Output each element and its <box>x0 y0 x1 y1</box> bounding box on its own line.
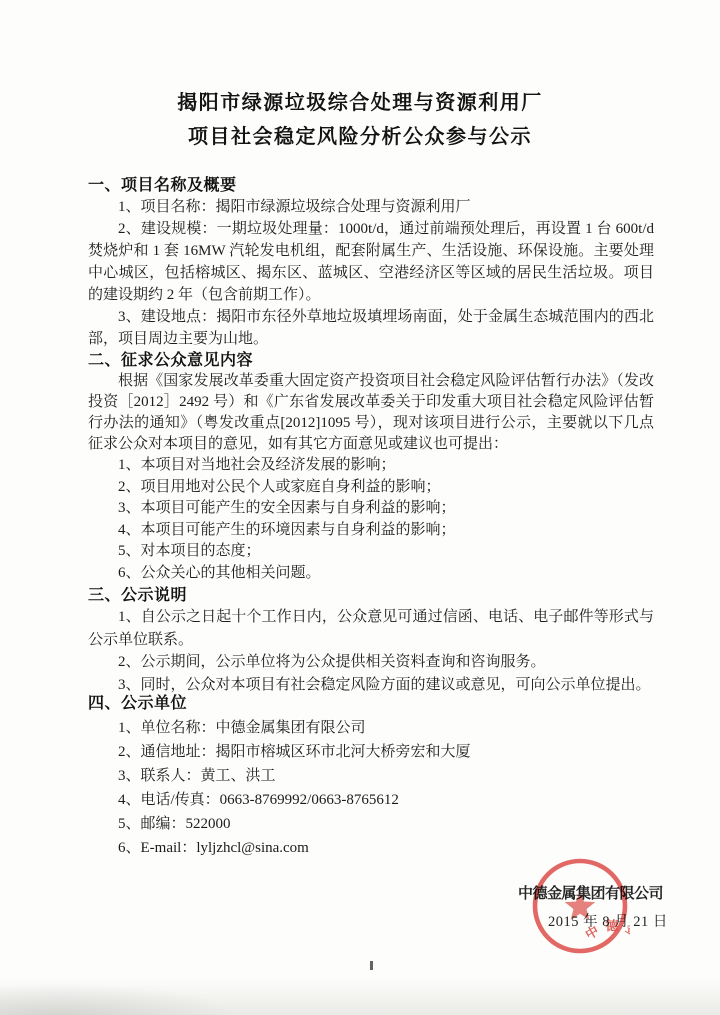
section-heading: 四、公示单位 <box>88 694 654 713</box>
document-title: 揭阳市绿源垃圾综合处理与资源利用厂 项目社会稳定风险分析公众参与公示 <box>0 86 720 154</box>
unit-address: 2、通信地址：揭阳市榕城区环市北河大桥旁宏和大厦 <box>88 740 654 764</box>
paragraph-project-name: 1、项目名称：揭阳市绿源垃圾综合处理与资源利用厂 <box>88 196 654 218</box>
scan-bottom-shadow <box>0 978 720 1015</box>
instruction-item: 2、公示期间，公示单位将为公众提供相关资料查询和咨询服务。 <box>88 651 654 674</box>
title-line-2: 项目社会稳定风险分析公众参与公示 <box>0 120 720 154</box>
opinion-item: 2、项目用地对公民个人或家庭自身利益的影响； <box>88 477 654 499</box>
instruction-item: 3、同时，公众对本项目有社会稳定风险方面的建议或意见，可向公示单位提出。 <box>88 674 654 697</box>
scan-artifact-dash <box>370 961 373 970</box>
opinion-item: 4、本项目可能产生的环境因素与自身利益的影响； <box>88 520 654 542</box>
section-heading: 二、征求公众意见内容 <box>88 351 654 370</box>
unit-contacts: 3、联系人：黄工、洪工 <box>88 764 654 788</box>
section-notice-instructions: 三、公示说明 1、自公示之日起十个工作日内，公众意见可通过信函、电话、电子邮件等… <box>88 586 654 696</box>
unit-phone-fax: 4、电话/传真：0663-8769992/0663-8765612 <box>88 788 654 812</box>
title-line-1: 揭阳市绿源垃圾综合处理与资源利用厂 <box>0 86 720 120</box>
scanned-notice-page: 揭阳市绿源垃圾综合处理与资源利用厂 项目社会稳定风险分析公众参与公示 一、项目名… <box>0 0 720 1015</box>
paragraph-basis: 根据《国家发展改革委重大固定资产投资项目社会稳定风险评估暂行办法》（发改投资［2… <box>88 371 654 455</box>
section-notice-unit: 四、公示单位 1、单位名称：中德金属集团有限公司 2、通信地址：揭阳市榕城区环市… <box>88 694 654 860</box>
section-project-overview: 一、项目名称及概要 1、项目名称：揭阳市绿源垃圾综合处理与资源利用厂 2、建设规… <box>88 176 654 350</box>
opinion-item: 5、对本项目的态度； <box>88 541 654 563</box>
opinion-item: 6、公众关心的其他相关问题。 <box>88 563 654 585</box>
section-public-opinion: 二、征求公众意见内容 根据《国家发展改革委重大固定资产投资项目社会稳定风险评估暂… <box>88 351 654 584</box>
paragraph-project-location: 3、建设地点：揭阳市东径外草地垃圾填埋场南面，处于金属生态城范围内的西北部，项目… <box>88 306 654 350</box>
section-heading: 一、项目名称及概要 <box>88 176 654 195</box>
opinion-item: 1、本项目对当地社会及经济发展的影响； <box>88 455 654 477</box>
section-heading: 三、公示说明 <box>88 586 654 605</box>
paragraph-project-scale: 2、建设规模：一期垃圾处理量：1000t/d，通过前端预处理后，再设置 1 台 … <box>88 218 654 306</box>
unit-name: 1、单位名称：中德金属集团有限公司 <box>88 716 654 740</box>
company-seal-stamp: 中德金属集团有限公司 <box>530 856 630 956</box>
instruction-item: 1、自公示之日起十个工作日内，公众意见可通过信函、电话、电子邮件等形式与公示单位… <box>88 606 654 651</box>
opinion-item: 3、本项目可能产生的安全因素与自身利益的影响； <box>88 498 654 520</box>
seal-star-icon <box>565 891 595 920</box>
unit-postcode: 5、邮编：522000 <box>88 812 654 836</box>
